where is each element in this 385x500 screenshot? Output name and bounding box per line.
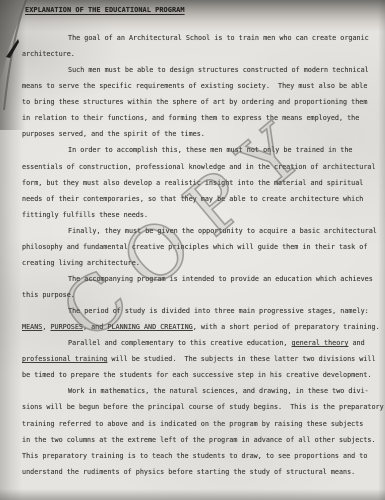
typed-line: purposes served, and the spirit of the t…	[0, 126, 385, 142]
text-run: and	[348, 339, 364, 347]
scanned-document-page: EXPLANATION OF THE EDUCATIONAL PROGRAM T…	[0, 0, 385, 500]
text-run: Work in mathematics, the natural science…	[68, 387, 369, 395]
typed-line: Work in mathematics, the natural science…	[0, 383, 385, 399]
text-run: The period of study is divided into thre…	[68, 307, 369, 315]
text-run: form, but they must also develop a reali…	[22, 179, 363, 187]
document-body: The goal of an Architectural School is t…	[0, 30, 385, 480]
text-run: Parallel and complementary to this creat…	[68, 339, 292, 347]
typed-line: understand the rudiments of physics befo…	[0, 464, 385, 480]
text-run: PLANNING AND CREATING	[107, 323, 192, 331]
typed-line: training referred to above and is indica…	[0, 416, 385, 432]
text-run: , with a short period of preparatory tra…	[193, 323, 380, 331]
text-run: MEANS	[22, 323, 42, 331]
document-title: EXPLANATION OF THE EDUCATIONAL PROGRAM	[25, 6, 185, 14]
text-run: This preparatory training is to teach th…	[22, 452, 367, 460]
typed-line: creating living architecture.	[0, 255, 385, 271]
text-run: purposes served, and the spirit of the t…	[22, 130, 205, 138]
text-run: architecture.	[22, 50, 75, 58]
text-run: in relation to their functions, and form…	[22, 114, 359, 122]
typed-line: this purpose.	[0, 287, 385, 303]
typed-line: Finally, they must be given the opportun…	[0, 223, 385, 239]
typed-line: in the two columns at the extreme left o…	[0, 432, 385, 448]
text-run: this purpose.	[22, 291, 75, 299]
text-run: training referred to above and is indica…	[22, 420, 363, 428]
typed-line: means to serve the specific requirements…	[0, 78, 385, 94]
text-run: means to serve the specific requirements…	[22, 82, 367, 90]
text-run: Finally, they must be given the opportun…	[68, 227, 377, 235]
text-run: general theory	[292, 339, 349, 347]
text-run: sions will be begun before the principal…	[22, 403, 384, 411]
text-run: fittingly fulfills these needs.	[22, 211, 148, 219]
text-run: understand the rudiments of physics befo…	[22, 468, 355, 476]
typed-line: This preparatory training is to teach th…	[0, 448, 385, 464]
typed-line: form, but they must also develop a reali…	[0, 175, 385, 191]
typed-line: be timed to prepare the students for eac…	[0, 367, 385, 383]
scan-top-shadow	[0, 0, 385, 32]
text-run: PURPOSES	[50, 323, 83, 331]
text-run: creating living architecture.	[22, 259, 140, 267]
text-run: needs of their contemporaries, so that t…	[22, 195, 363, 203]
text-run: will be studied. The subjects in these l…	[107, 355, 375, 363]
typed-line: architecture.	[0, 46, 385, 62]
typed-line: essentials of construction, professional…	[0, 159, 385, 175]
typed-line: The accompanying program is intended to …	[0, 271, 385, 287]
typed-line: MEANS, PURPOSES, and PLANNING AND CREATI…	[0, 319, 385, 335]
typed-line: needs of their contemporaries, so that t…	[0, 191, 385, 207]
text-run: , and	[83, 323, 107, 331]
typed-line: The goal of an Architectural School is t…	[0, 30, 385, 46]
bottom-edge-shadow	[0, 489, 385, 500]
text-run: In order to accomplish this, these men m…	[68, 146, 352, 154]
text-run: The goal of an Architectural School is t…	[68, 34, 369, 42]
text-run: professional training	[22, 355, 107, 363]
typed-line: fittingly fulfills these needs.	[0, 207, 385, 223]
typed-line: Such men must be able to design structur…	[0, 62, 385, 78]
typed-line: professional training will be studied. T…	[0, 351, 385, 367]
typed-line: In order to accomplish this, these men m…	[0, 142, 385, 158]
typed-line: The period of study is divided into thre…	[0, 303, 385, 319]
text-run: to bring these structures within the sph…	[22, 98, 367, 106]
text-run: be timed to prepare the students for eac…	[22, 371, 372, 379]
text-run: in the two columns at the extreme left o…	[22, 436, 376, 444]
typed-line: sions will be begun before the principal…	[0, 399, 385, 415]
text-run: The accompanying program is intended to …	[68, 275, 373, 283]
typed-line: to bring these structures within the sph…	[0, 94, 385, 110]
text-run: essentials of construction, professional…	[22, 163, 376, 171]
typed-line: Parallel and complementary to this creat…	[0, 335, 385, 351]
text-run: Such men must be able to design structur…	[68, 66, 369, 74]
typed-line: philosophy and fundamental creative prin…	[0, 239, 385, 255]
typed-line: in relation to their functions, and form…	[0, 110, 385, 126]
text-run: philosophy and fundamental creative prin…	[22, 243, 367, 251]
